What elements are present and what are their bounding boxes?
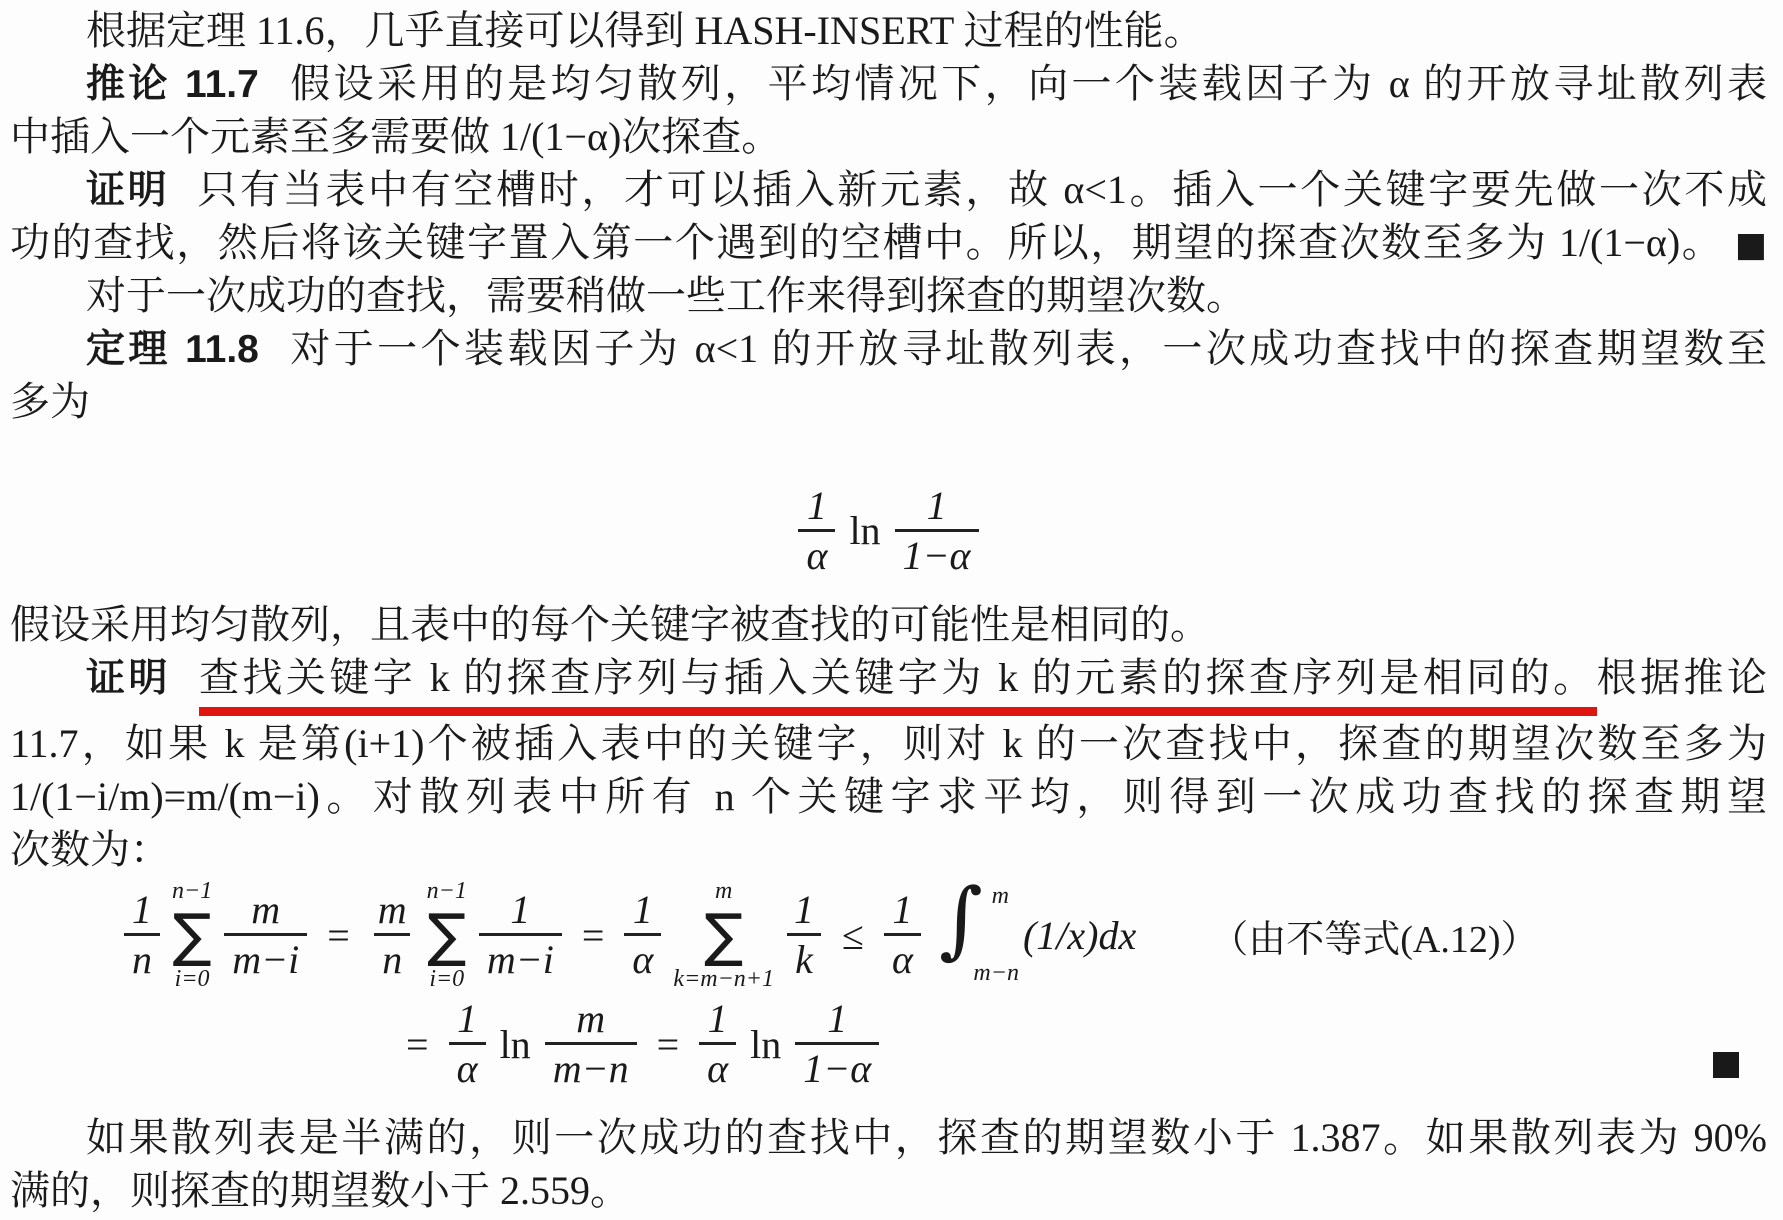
fraction: 1α (624, 890, 661, 980)
equals-sign: = (406, 1021, 429, 1068)
fraction: 1α (449, 999, 486, 1089)
fraction: mn (370, 890, 415, 980)
integral-icon: ∫ (939, 877, 983, 961)
summation-2: n−1∑i=0 (427, 878, 467, 993)
body-text: 只有当表中有空槽时，才可以插入新元素，故 α<1。插入一个关键字要先做一次不成 (197, 167, 1767, 212)
body-text: 根据推论 (1597, 655, 1767, 700)
ln-operator: ln (750, 1021, 781, 1068)
textbook-page: 根据定理 11.6，几乎直接可以得到 HASH-INSERT 过程的性能。 推论… (0, 0, 1783, 1220)
fraction: 11−α (795, 999, 879, 1089)
ln-operator: ln (500, 1021, 531, 1068)
body-text: 11.7，如果 k 是第(i+1)个被插入表中的关键字，则对 k 的一次查找中，… (10, 721, 1767, 766)
red-underlined-text: 查找关键字 k 的探查序列与插入关键字为 k 的元素的探查序列是相同的。 (199, 655, 1597, 716)
corollary-11-7-line: 推论 11.7假设采用的是均匀散列，平均情况下，向一个装载因子为 α 的开放寻址… (10, 57, 1767, 110)
body-text: 根据定理 11.6，几乎直接可以得到 HASH-INSERT 过程的性能。 (86, 8, 1204, 53)
paragraph-line-5: 功的查找，然后将该关键字置入第一个遇到的空槽中。所以，期望的探查次数至多为 1/… (10, 216, 1767, 269)
proof-label: 证明 (86, 657, 171, 700)
body-text: 功的查找，然后将该关键字置入第一个遇到的空槽中。所以，期望的探查次数至多为 1/… (10, 220, 1723, 265)
display-formula-row-2: = 1α ln mm−n = 1α ln 11−α (10, 994, 1767, 1094)
paragraph-line-3: 中插入一个元素至多需要做 1/(1−α)次探查。 (10, 110, 1767, 163)
qed-square (1713, 1052, 1739, 1078)
body-text: 对于一个装载因子为 α<1 的开放寻址散列表，一次成功查找中的探查期望数至 (287, 326, 1767, 371)
equals-sign: = (327, 912, 350, 959)
integrand: (1/x)dx (1023, 912, 1136, 959)
theorem-label: 定理 11.8 (86, 328, 259, 371)
display-formula-center: 1α ln 11−α (10, 483, 1767, 578)
paragraph-line-18: 满的，则探查的期望数小于 2.559。 (10, 1164, 1767, 1217)
body-text: 对于一次成功的查找，需要稍做一些工作来得到探查的期望次数。 (86, 273, 1246, 318)
paragraph-line-12: 11.7，如果 k 是第(i+1)个被插入表中的关键字，则对 k 的一次查找中，… (10, 717, 1767, 770)
paragraph-line-6: 对于一次成功的查找，需要稍做一些工作来得到探查的期望次数。 (10, 269, 1767, 322)
body-text: 1/(1−i/m)=m/(m−i)。对散列表中所有 n 个关键字求平均，则得到一… (10, 774, 1767, 819)
sigma-icon: ∑ (173, 904, 212, 966)
body-text: 满的，则探查的期望数小于 2.559。 (10, 1168, 630, 1213)
corollary-label: 推论 11.7 (86, 63, 259, 106)
proof-label: 证明 (86, 169, 169, 212)
fraction: 1α (699, 999, 736, 1089)
paragraph-line-14: 次数为： (10, 823, 1767, 876)
paragraph-line-17: 如果散列表是半满的，则一次成功的查找中，探查的期望数小于 1.387。如果散列表… (10, 1111, 1767, 1164)
paragraph-line-13: 1/(1−i/m)=m/(m−i)。对散列表中所有 n 个关键字求平均，则得到一… (10, 770, 1767, 823)
body-text: 中插入一个元素至多需要做 1/(1−α)次探查。 (10, 114, 781, 159)
integral: ∫mm−n (933, 883, 1011, 987)
equals-sign: = (657, 1021, 680, 1068)
fraction: 1n (124, 890, 160, 980)
fraction: 1α (798, 486, 835, 576)
qed-square: ■ (1735, 225, 1767, 265)
body-text: 假设采用的是均匀散列，平均情况下，向一个装载因子为 α 的开放寻址散列表 (287, 61, 1767, 106)
body-text: 多为 (10, 379, 90, 424)
paragraph-line-8: 多为 (10, 375, 1767, 428)
display-formula-row-1: 1n n−1∑i=0 mm−i = mn n−1∑i=0 1m−i = 1α m… (10, 876, 1767, 994)
equals-sign: = (582, 912, 605, 959)
summation-3: m∑k=m−n+1 (673, 878, 774, 993)
fraction: 11−α (895, 486, 979, 576)
paragraph-line-1: 根据定理 11.6，几乎直接可以得到 HASH-INSERT 过程的性能。 (10, 4, 1767, 57)
fraction: mm−i (224, 890, 307, 980)
sigma-icon: ∑ (704, 904, 743, 966)
paragraph-line-10: 假设采用均匀散列，且表中的每个关键字被查找的可能性是相同的。 (10, 598, 1767, 651)
proof-2-line: 证明查找关键字 k 的探查序列与插入关键字为 k 的元素的探查序列是相同的。根据… (10, 651, 1767, 717)
fraction: mm−n (545, 999, 637, 1089)
fraction: 1α (884, 890, 921, 980)
theorem-11-8-line: 定理 11.8对于一个装载因子为 α<1 的开放寻址散列表，一次成功查找中的探查… (10, 322, 1767, 375)
inequality-reference-note: （由不等式(A.12)） (1210, 908, 1538, 963)
sigma-icon: ∑ (427, 904, 466, 966)
body-text: 次数为： (10, 827, 170, 872)
ln-operator: ln (849, 507, 880, 554)
fraction: 1k (786, 890, 822, 980)
proof-1-line: 证明只有当表中有空槽时，才可以插入新元素，故 α<1。插入一个关键字要先做一次不… (10, 163, 1767, 216)
less-equal-sign: ≤ (842, 912, 864, 959)
summation-1: n−1∑i=0 (172, 878, 212, 993)
body-text: 如果散列表是半满的，则一次成功的查找中，探查的期望数小于 1.387。如果散列表… (86, 1115, 1767, 1160)
fraction: 1m−i (479, 890, 562, 980)
body-text: 假设采用均匀散列，且表中的每个关键字被查找的可能性是相同的。 (10, 602, 1210, 647)
